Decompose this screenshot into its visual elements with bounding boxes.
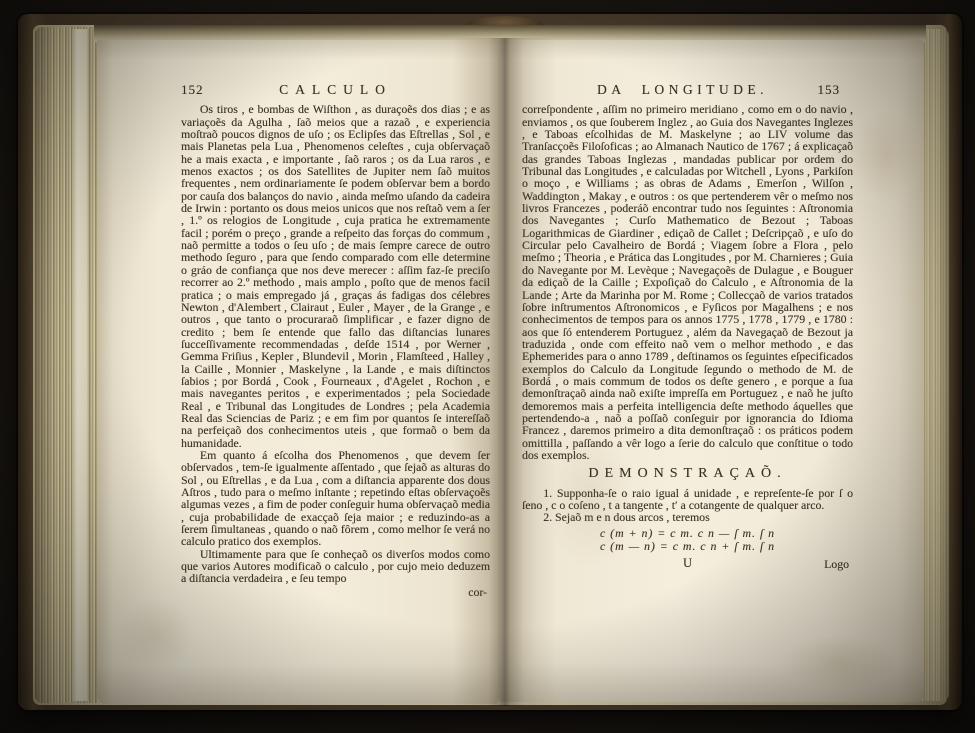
demo-paragraph-2: 2. Sejaõ m e n dous arcos , teremos — [522, 511, 853, 523]
right-paragraph: correſpondente , aſſim no primeiro merid… — [522, 103, 853, 461]
signature-mark: U — [522, 557, 853, 569]
formula-cos-diff: c (m — n) = c m. c n + ſ m. ſ n — [522, 540, 853, 554]
left-catchword: cor- — [181, 586, 490, 598]
right-catchword: Logo — [824, 558, 849, 570]
signature-row: U Logo — [522, 557, 853, 571]
section-heading: DEMONSTRAÇAÕ. — [522, 468, 853, 480]
left-page-text: 152 CALCULO Os tiros , e bombas de Wiſth… — [181, 84, 490, 598]
left-paragraph-2: Em quanto á eſcolha dos Phenomenos , que… — [181, 449, 490, 548]
right-running-title: DA LONGITUDE. — [568, 84, 797, 96]
formula-block: c (m + n) = c m. c n — ſ m. ſ n c (m — n… — [522, 527, 853, 554]
demo-paragraph-1: 1. Supponha-ſe o raio igual á unidade , … — [522, 487, 853, 512]
right-page-text: DA LONGITUDE. 153 correſpondente , aſſim… — [522, 84, 853, 571]
formula-cos-sum: c (m + n) = c m. c n — ſ m. ſ n — [522, 527, 853, 541]
page-edges-left-light — [72, 29, 89, 701]
left-running-title: CALCULO — [227, 84, 444, 96]
right-page-number: 153 — [797, 84, 853, 96]
right-running-head: DA LONGITUDE. 153 — [522, 84, 853, 96]
book-scan-photo: 152 CALCULO Os tiros , e bombas de Wiſth… — [0, 0, 975, 733]
left-paragraph-3: Ultimamente para que ſe conheçaõ os dive… — [181, 548, 490, 585]
left-page-number: 152 — [181, 84, 227, 96]
page-edges-right — [922, 29, 949, 701]
left-paragraph-1: Os tiros , e bombas de Wiſthon , as dura… — [181, 103, 490, 449]
left-running-head: 152 CALCULO — [181, 84, 490, 96]
